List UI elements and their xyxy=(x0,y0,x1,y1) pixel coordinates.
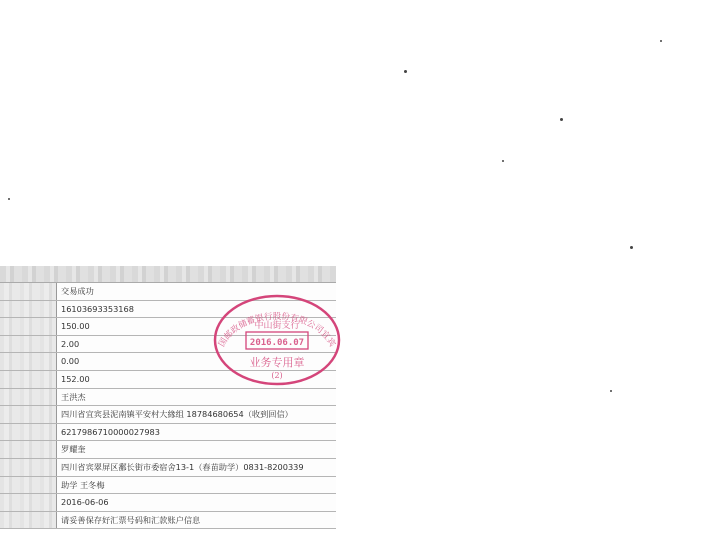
table-row: 罗耀奎 xyxy=(0,441,336,459)
row-value: 助学 王冬梅 xyxy=(57,477,336,494)
bank-seal-stamp: 中国邮政储蓄银行股份有限公司宜宾市 中山街支行 2016.06.07 业务专用章… xyxy=(210,290,344,386)
table-row: 2016-06-06 xyxy=(0,494,336,512)
row-value: 四川省宜宾县泥南镇平安村大緣组 18784680654（收到回信） xyxy=(57,406,336,423)
scan-speck xyxy=(502,160,504,162)
row-label xyxy=(0,336,57,353)
seal-number: (2) xyxy=(271,371,282,380)
row-label xyxy=(0,389,57,406)
scan-speck xyxy=(610,390,612,392)
table-row: 四川省宾翠屏区鄱长街市委宿舍13-1（春苗助学）0831-8200339 xyxy=(0,459,336,477)
row-label xyxy=(0,441,57,458)
scan-speck xyxy=(8,198,10,200)
row-label xyxy=(0,371,57,388)
row-value: 2016-06-06 xyxy=(57,494,336,511)
scan-speck xyxy=(660,40,662,42)
seal-date: 2016.06.07 xyxy=(250,338,304,348)
row-value: 罗耀奎 xyxy=(57,441,336,458)
table-row: 助学 王冬梅 xyxy=(0,477,336,495)
row-label xyxy=(0,494,57,511)
row-label xyxy=(0,512,57,529)
row-label xyxy=(0,477,57,494)
row-label xyxy=(0,283,57,300)
row-value: 王洪杰 xyxy=(57,389,336,406)
table-row: 6217986710000027983 xyxy=(0,424,336,442)
table-header-strip xyxy=(0,266,336,283)
row-label xyxy=(0,424,57,441)
seal-purpose: 业务专用章 xyxy=(250,355,305,369)
row-value: 6217986710000027983 xyxy=(57,424,336,441)
row-label xyxy=(0,459,57,476)
table-row: 四川省宜宾县泥南镇平安村大緣组 18784680654（收到回信） xyxy=(0,406,336,424)
scan-speck xyxy=(404,70,407,73)
row-label xyxy=(0,301,57,318)
scan-speck xyxy=(630,246,633,249)
table-row: 请妥善保存好汇票号码和汇款账户信息 xyxy=(0,512,336,530)
seal-branch: 中山街支行 xyxy=(254,319,299,331)
row-label xyxy=(0,353,57,370)
seal-svg: 中国邮政储蓄银行股份有限公司宜宾市 中山街支行 2016.06.07 业务专用章… xyxy=(210,290,344,386)
row-value: 请妥善保存好汇票号码和汇款账户信息 xyxy=(57,512,336,529)
row-label xyxy=(0,406,57,423)
row-label xyxy=(0,318,57,335)
table-row: 王洪杰 xyxy=(0,389,336,407)
scan-speck xyxy=(560,118,563,121)
row-value: 四川省宾翠屏区鄱长街市委宿舍13-1（春苗助学）0831-8200339 xyxy=(57,459,336,476)
